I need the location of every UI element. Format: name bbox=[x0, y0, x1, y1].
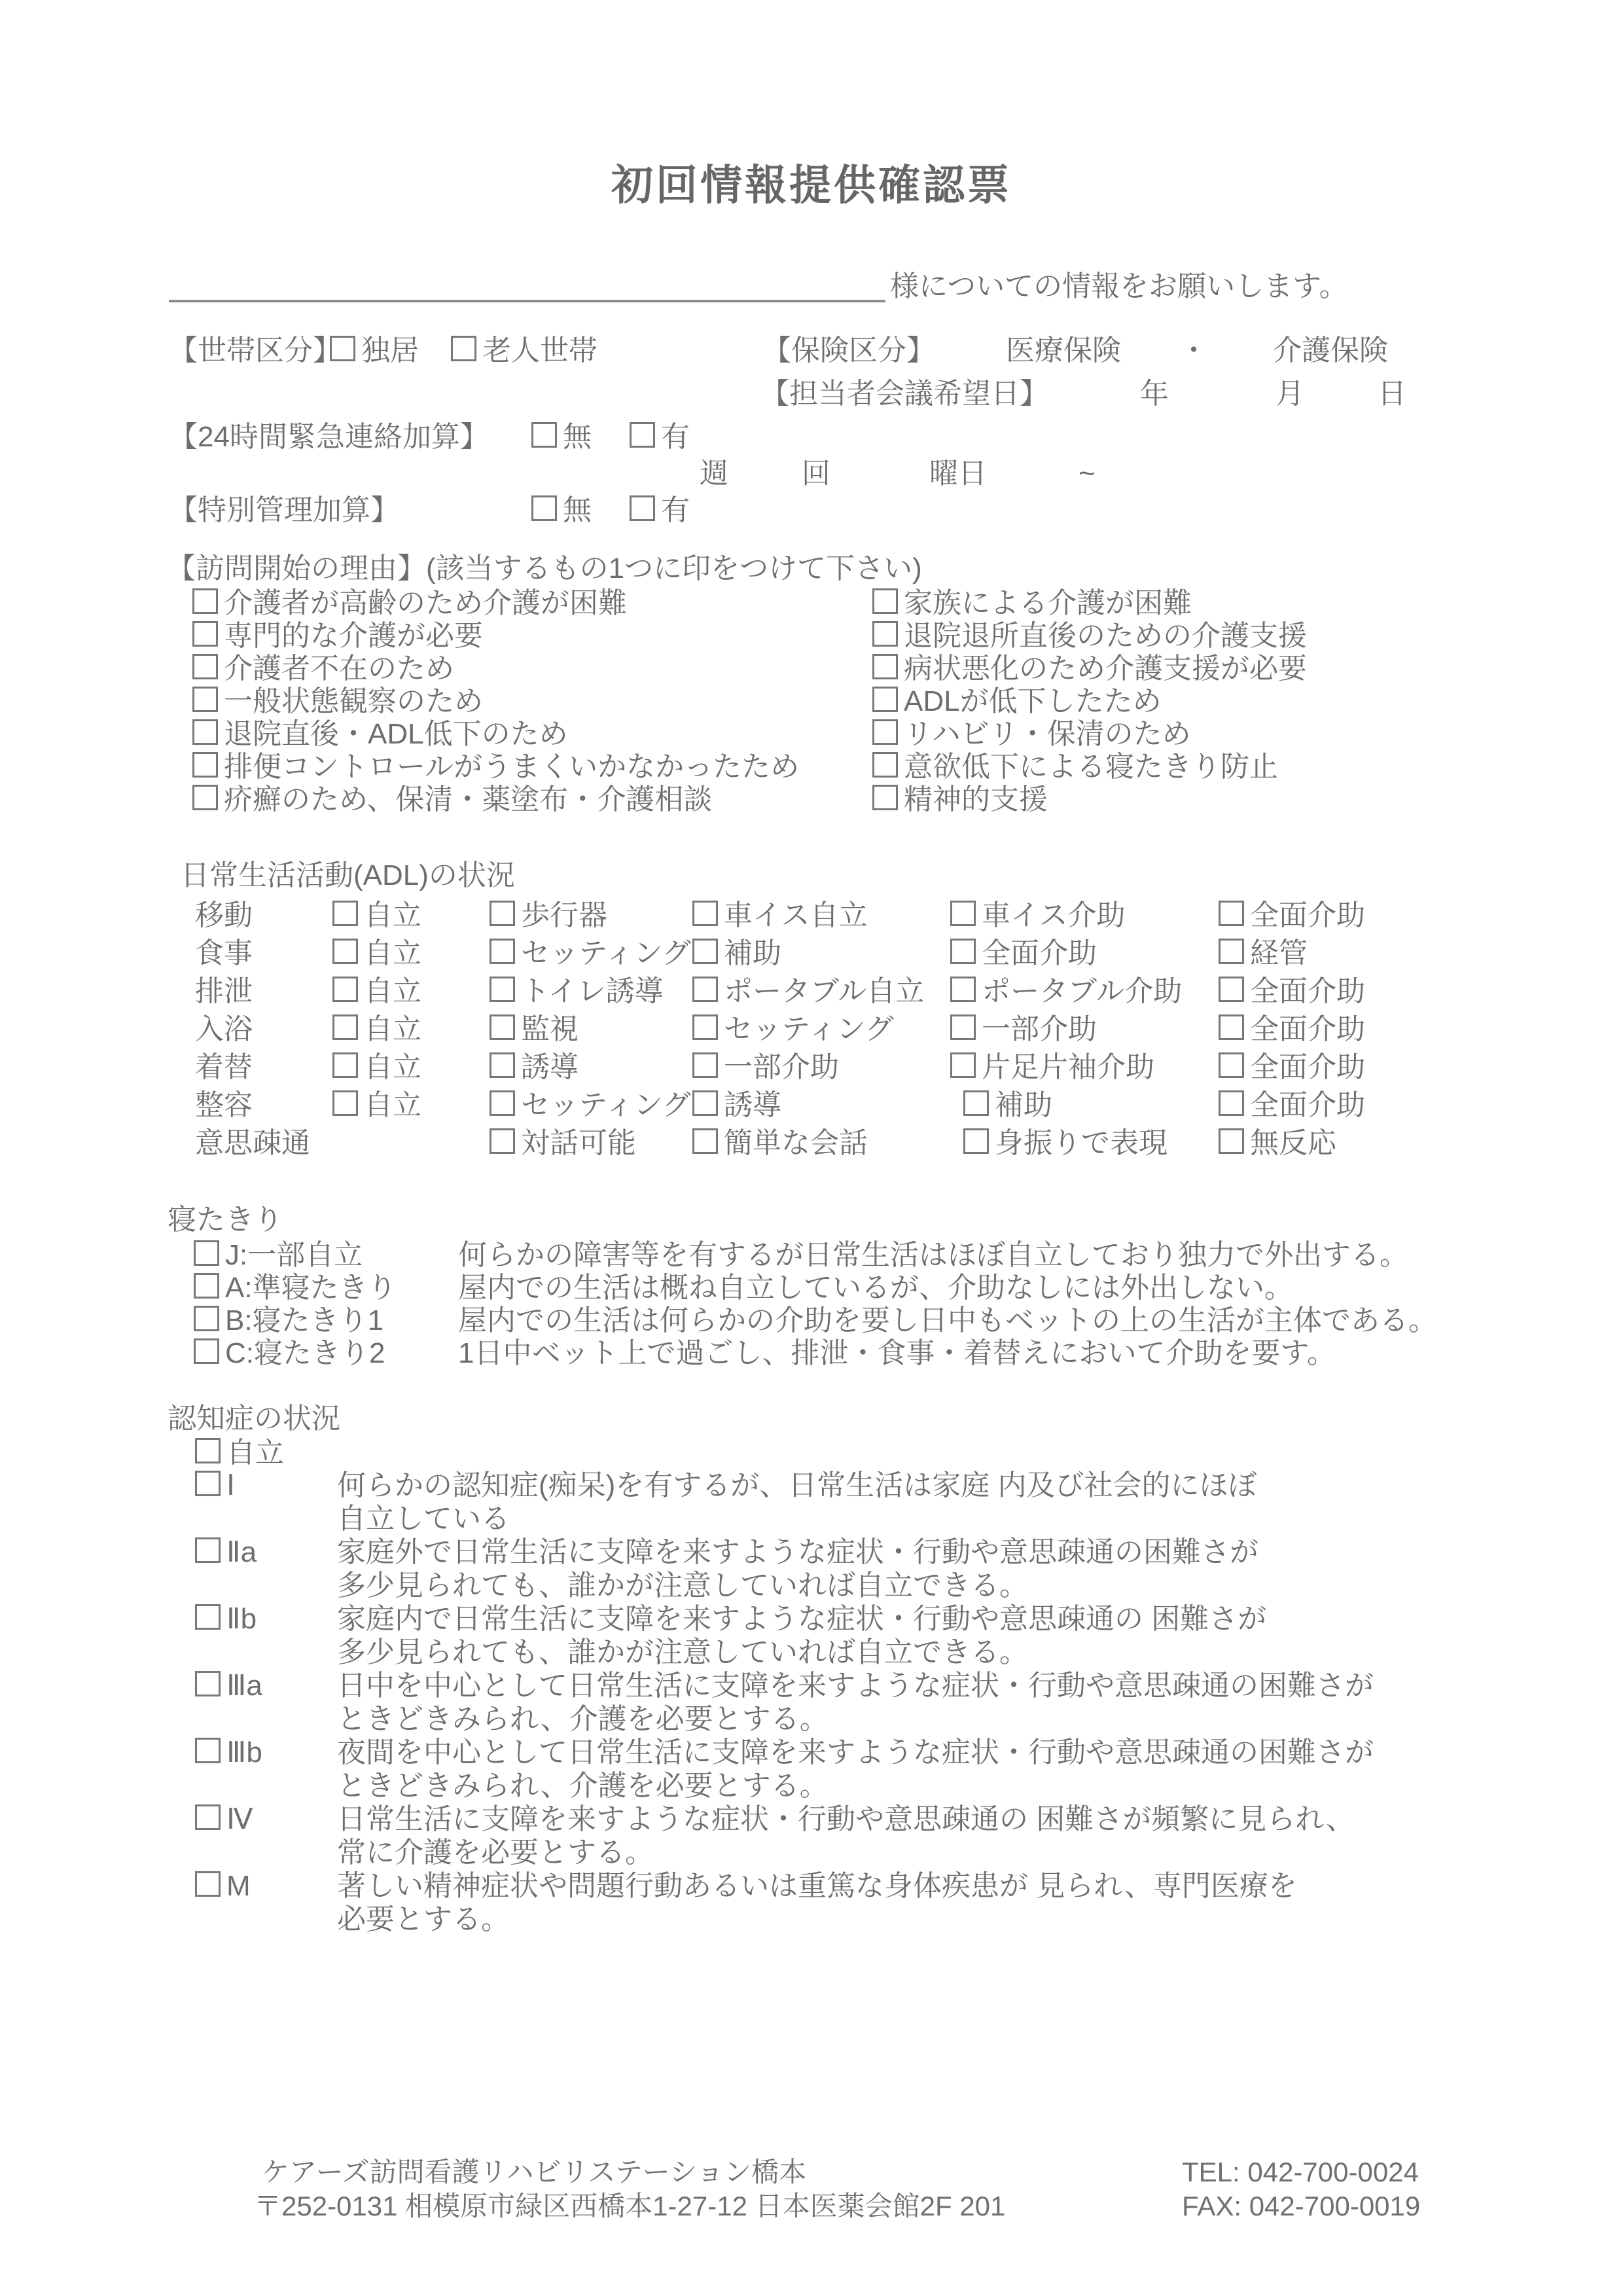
checkbox-option-roujin-setai: 老人世帯 bbox=[451, 335, 597, 367]
option-label: 老人世帯 bbox=[482, 334, 597, 367]
checkbox[interactable] bbox=[195, 1738, 221, 1763]
dementia-section-header: 認知症の状況 bbox=[168, 1403, 340, 1435]
checkbox[interactable] bbox=[692, 901, 718, 926]
option-label: 全面介助 bbox=[1250, 975, 1365, 1007]
adl-section-header: 日常生活活動(ADL)の状況 bbox=[181, 860, 515, 891]
option-label: 意欲低下による寝たきり防止 bbox=[904, 751, 1278, 783]
checkbox[interactable] bbox=[1219, 1128, 1244, 1154]
option-label: 補助 bbox=[995, 1089, 1052, 1121]
option-label: Ⅱb bbox=[226, 1603, 257, 1635]
bedridden-section-header: 寝たきり bbox=[168, 1204, 283, 1236]
freq-tilde: ~ bbox=[1079, 458, 1096, 490]
checkbox[interactable] bbox=[195, 1871, 221, 1897]
checkbox-option-special-none: 無 bbox=[531, 495, 592, 526]
adl-option: セッティング bbox=[490, 938, 691, 969]
dementia-desc-line1: 家庭内で日常生活に支障を来すような症状・行動や意思疎通の 困難さが bbox=[337, 1604, 1266, 1635]
checkbox[interactable] bbox=[692, 977, 718, 1002]
checkbox[interactable] bbox=[872, 752, 898, 778]
bedridden-desc: 屋内での生活は何らかの介助を要し日中もベットの上の生活が主体である。 bbox=[458, 1305, 1437, 1336]
option-label: 片足片袖介助 bbox=[982, 1051, 1154, 1083]
checkbox[interactable] bbox=[950, 977, 976, 1002]
option-label: 全面介助 bbox=[1250, 1089, 1365, 1121]
dementia-desc-line1: 家庭外で日常生活に支障を来すような症状・行動や意思疎通の困難さが bbox=[337, 1537, 1258, 1568]
dementia-desc-line2: 常に介護を必要とする。 bbox=[337, 1837, 654, 1869]
checkbox[interactable] bbox=[950, 901, 976, 926]
option-label: B:寝たきり1 bbox=[225, 1304, 383, 1336]
footer-tel: TEL: 042-700-0024 bbox=[1182, 2157, 1419, 2187]
dementia-option: M bbox=[195, 1871, 251, 1902]
option-label: Ⅳ bbox=[226, 1803, 253, 1835]
checkbox-option-dokkyo: 独居 bbox=[330, 335, 419, 367]
form-title: 初回情報提供確認票 bbox=[0, 162, 1623, 208]
insurance-separator-dot: ・ bbox=[1179, 335, 1208, 367]
dementia-desc-line2: 多少見られても、誰かが注意していれば自立できる。 bbox=[337, 1570, 1028, 1602]
checkbox[interactable] bbox=[332, 901, 358, 926]
dementia-desc-line2: ときどきみられ、介護を必要とする。 bbox=[337, 1770, 829, 1802]
option-label: Ⅲb bbox=[226, 1736, 262, 1768]
checkbox[interactable] bbox=[1219, 1014, 1244, 1040]
checkbox[interactable] bbox=[630, 422, 655, 448]
checkbox[interactable] bbox=[1219, 1090, 1244, 1116]
option-label: A:準寝たきり bbox=[225, 1272, 397, 1304]
checkbox[interactable] bbox=[490, 939, 515, 964]
adl-option: 誘導 bbox=[490, 1052, 579, 1083]
option-label: 疥癬のため、保清・薬塗布・介護相談 bbox=[224, 783, 712, 816]
checkbox[interactable] bbox=[194, 1338, 219, 1364]
checkbox[interactable] bbox=[950, 1052, 976, 1078]
option-label: 無 bbox=[563, 421, 592, 453]
option-label: 誘導 bbox=[521, 1051, 579, 1083]
reason-option: 一般状態観察のため bbox=[192, 686, 483, 717]
checkbox[interactable] bbox=[1219, 901, 1244, 926]
adl-row-label: 移動 bbox=[195, 900, 253, 931]
checkbox[interactable] bbox=[192, 621, 218, 647]
option-label: 一部介助 bbox=[982, 1013, 1097, 1045]
option-label: 介護者不在のため bbox=[224, 653, 454, 685]
emergency-contact-label: 【24時間緊急連絡加算】 bbox=[169, 422, 489, 453]
footer-address: 〒252-0131 相模原市緑区西橋本1-27-12 日本医薬会館2F 201 bbox=[254, 2191, 1005, 2221]
option-label: トイレ誘導 bbox=[521, 975, 664, 1007]
option-label: 介護者が高齢のため介護が困難 bbox=[224, 587, 627, 619]
checkbox[interactable] bbox=[332, 939, 358, 964]
checkbox[interactable] bbox=[195, 1671, 221, 1696]
dementia-desc-line1: 日常生活に支障を来すような症状・行動や意思疎通の 困難さが頻繁に見られ、 bbox=[337, 1804, 1355, 1835]
bedridden-desc: 屋内での生活は概ね自立しているが、介助なしには外出しない。 bbox=[458, 1272, 1293, 1304]
freq-unit-times: 回 bbox=[802, 458, 830, 490]
dementia-option: Ⅱa bbox=[195, 1537, 257, 1568]
dementia-desc-line2: ときどきみられ、介護を必要とする。 bbox=[337, 1704, 829, 1735]
checkbox[interactable] bbox=[490, 1052, 515, 1078]
adl-row-label: 意思疎通 bbox=[195, 1128, 310, 1159]
option-label: セッティング bbox=[521, 1089, 691, 1121]
bedridden-option: J:一部自立 bbox=[194, 1240, 363, 1271]
adl-option: 誘導 bbox=[692, 1090, 781, 1121]
option-label: Ⅰ bbox=[226, 1469, 235, 1501]
dementia-desc-line2: 必要とする。 bbox=[337, 1904, 510, 1935]
checkbox[interactable] bbox=[1219, 977, 1244, 1002]
checkbox[interactable] bbox=[490, 1090, 515, 1116]
checkbox[interactable] bbox=[963, 1128, 989, 1154]
bedridden-option: A:準寝たきり bbox=[194, 1272, 397, 1304]
checkbox[interactable] bbox=[490, 1014, 515, 1040]
checkbox[interactable] bbox=[692, 1128, 718, 1154]
adl-option: 全面介助 bbox=[1219, 976, 1365, 1007]
adl-option: 自立 bbox=[332, 938, 421, 969]
checkbox[interactable] bbox=[872, 719, 898, 745]
adl-row-label: 入浴 bbox=[195, 1014, 253, 1045]
name-request-text: 様についての情報をお願いします。 bbox=[890, 271, 1348, 302]
dementia-option: Ⅱb bbox=[195, 1604, 257, 1635]
option-label: 自立 bbox=[364, 937, 421, 969]
checkbox[interactable] bbox=[692, 1052, 718, 1078]
option-label: 歩行器 bbox=[521, 899, 607, 931]
reason-option: リハビリ・保清のため bbox=[872, 719, 1191, 750]
insurance-type-label: 【保険区分】 bbox=[762, 335, 935, 367]
option-label: ADLが低下したため bbox=[904, 685, 1162, 717]
option-label: 無 bbox=[563, 494, 592, 526]
option-label: 身振りで表現 bbox=[995, 1127, 1168, 1159]
adl-option: 自立 bbox=[332, 1052, 421, 1083]
option-label: Ⅲa bbox=[226, 1670, 262, 1702]
adl-option: 補助 bbox=[692, 938, 781, 969]
checkbox-option-emergency-yes: 有 bbox=[630, 422, 690, 453]
checkbox[interactable] bbox=[872, 588, 898, 614]
option-label: リハビリ・保清のため bbox=[904, 718, 1191, 750]
reason-option: 排便コントロールがうまくいかなかったため bbox=[192, 751, 799, 783]
bedridden-option: C:寝たきり2 bbox=[194, 1338, 385, 1369]
dementia-desc-line1: 著しい精神症状や問題行動あるいは重篤な身体疾患が 見られ、専門医療を bbox=[337, 1871, 1297, 1902]
adl-option: トイレ誘導 bbox=[490, 976, 664, 1007]
dementia-option: Ⅲa bbox=[195, 1670, 262, 1702]
option-label: 全面介助 bbox=[1250, 899, 1365, 931]
option-label: 有 bbox=[661, 421, 690, 453]
scanned-form-page: 初回情報提供確認票 様についての情報をお願いします。 【世帯区分】 独居 老人世… bbox=[0, 0, 1623, 2296]
date-unit-day: 日 bbox=[1378, 378, 1406, 410]
option-label: ポータブル介助 bbox=[982, 975, 1182, 1007]
household-type-label: 【世帯区分】 bbox=[169, 335, 342, 367]
visit-reason-header: 【訪問開始の理由】(該当するもの1つに印をつけて下さい) bbox=[167, 553, 922, 584]
checkbox[interactable] bbox=[332, 1014, 358, 1040]
adl-option: ポータブル自立 bbox=[692, 976, 924, 1007]
option-label: 一部介助 bbox=[724, 1051, 839, 1083]
adl-option: 全面介助 bbox=[1219, 1090, 1365, 1121]
checkbox[interactable] bbox=[692, 1090, 718, 1116]
checkbox[interactable] bbox=[692, 1014, 718, 1040]
checkbox[interactable] bbox=[332, 977, 358, 1002]
checkbox[interactable] bbox=[451, 336, 476, 361]
checkbox[interactable] bbox=[332, 1090, 358, 1116]
date-unit-month: 月 bbox=[1275, 378, 1304, 410]
adl-option: 一部介助 bbox=[692, 1052, 839, 1083]
checkbox[interactable] bbox=[195, 1438, 221, 1463]
checkbox[interactable] bbox=[1219, 1052, 1244, 1078]
option-label: 自立 bbox=[364, 1089, 421, 1121]
option-label: 自立 bbox=[364, 1051, 421, 1083]
checkbox[interactable] bbox=[330, 336, 355, 361]
adl-option: 補助 bbox=[963, 1090, 1052, 1121]
option-label: 自立 bbox=[364, 1013, 421, 1045]
adl-option: 自立 bbox=[332, 1090, 421, 1121]
checkbox[interactable] bbox=[192, 654, 218, 679]
adl-option: 全面介助 bbox=[1219, 1052, 1365, 1083]
option-label: 自立 bbox=[364, 975, 421, 1007]
option-label: 車イス介助 bbox=[982, 899, 1126, 931]
checkbox[interactable] bbox=[490, 977, 515, 1002]
option-label: M bbox=[226, 1870, 251, 1902]
date-unit-year: 年 bbox=[1140, 378, 1169, 410]
reason-option: 介護者不在のため bbox=[192, 653, 454, 685]
dementia-desc-line1: 日中を中心として日常生活に支障を来すような症状・行動や意思疎通の困難さが bbox=[337, 1670, 1374, 1702]
reason-option: 介護者が高齢のため介護が困難 bbox=[192, 588, 627, 619]
adl-row-label: 着替 bbox=[195, 1052, 253, 1083]
bedridden-desc: 何らかの障害等を有するが日常生活はほぼ自立しており独力で外出する。 bbox=[458, 1240, 1408, 1271]
adl-option: 車イス介助 bbox=[950, 900, 1126, 931]
checkbox[interactable] bbox=[195, 1537, 221, 1563]
name-blank-field[interactable] bbox=[169, 300, 885, 302]
dementia-option: 自立 bbox=[195, 1437, 284, 1469]
checkbox[interactable] bbox=[192, 687, 218, 712]
checkbox[interactable] bbox=[963, 1090, 989, 1116]
adl-option: 経管 bbox=[1219, 938, 1308, 969]
checkbox[interactable] bbox=[194, 1306, 219, 1331]
checkbox[interactable] bbox=[531, 495, 557, 521]
adl-option: 全面介助 bbox=[1219, 1014, 1365, 1045]
option-label: 専門的な介護が必要 bbox=[224, 620, 483, 652]
checkbox[interactable] bbox=[872, 654, 898, 679]
checkbox[interactable] bbox=[192, 752, 218, 778]
meeting-date-label: 【担当者会議希望日】 bbox=[760, 378, 1048, 410]
option-label: 無反応 bbox=[1250, 1127, 1336, 1159]
checkbox[interactable] bbox=[1219, 939, 1244, 964]
option-label: 簡単な会話 bbox=[724, 1127, 868, 1159]
checkbox[interactable] bbox=[950, 939, 976, 964]
checkbox[interactable] bbox=[872, 687, 898, 712]
option-label: 独居 bbox=[361, 334, 419, 367]
option-label: セッティング bbox=[521, 937, 691, 969]
checkbox[interactable] bbox=[950, 1014, 976, 1040]
adl-option: 自立 bbox=[332, 976, 421, 1007]
checkbox-option-emergency-none: 無 bbox=[531, 422, 592, 453]
option-label: 自立 bbox=[364, 899, 421, 931]
option-label: Ⅱa bbox=[226, 1536, 257, 1568]
adl-row-label: 整容 bbox=[195, 1090, 253, 1121]
dementia-desc-line2: 自立している bbox=[337, 1503, 510, 1535]
adl-option: 身振りで表現 bbox=[963, 1128, 1168, 1159]
freq-unit-weekday: 曜日 bbox=[929, 458, 987, 490]
option-label: 経管 bbox=[1250, 937, 1308, 969]
adl-option: セッティング bbox=[692, 1014, 894, 1045]
option-label: 対話可能 bbox=[521, 1127, 636, 1159]
checkbox[interactable] bbox=[194, 1240, 219, 1266]
footer-company: ケアーズ訪問看護リハビリステーション橋本 bbox=[262, 2157, 806, 2187]
option-label: C:寝たきり2 bbox=[225, 1337, 385, 1369]
option-label: セッティング bbox=[724, 1013, 894, 1045]
checkbox[interactable] bbox=[192, 588, 218, 614]
reason-option: 病状悪化のため介護支援が必要 bbox=[872, 653, 1307, 685]
dementia-option: Ⅳ bbox=[195, 1804, 253, 1835]
adl-option: 片足片袖介助 bbox=[950, 1052, 1154, 1083]
checkbox[interactable] bbox=[332, 1052, 358, 1078]
adl-option: 監視 bbox=[490, 1014, 579, 1045]
option-label: 監視 bbox=[521, 1013, 579, 1045]
option-label: 自立 bbox=[226, 1437, 284, 1469]
checkbox[interactable] bbox=[872, 785, 898, 810]
bedridden-desc: 1日中ベット上で過ごし、排泄・食事・着替えにおいて介助を要す。 bbox=[458, 1338, 1336, 1369]
option-label: 車イス自立 bbox=[724, 899, 868, 931]
option-label: 退院退所直後のための介護支援 bbox=[904, 620, 1307, 652]
dementia-desc-line2: 多少見られても、誰かが注意していれば自立できる。 bbox=[337, 1637, 1028, 1668]
option-label: 一般状態観察のため bbox=[224, 685, 483, 717]
reason-option: 疥癬のため、保清・薬塗布・介護相談 bbox=[192, 784, 712, 816]
option-label: 排便コントロールがうまくいかなかったため bbox=[224, 751, 799, 783]
reason-option: ADLが低下したため bbox=[872, 686, 1162, 717]
reason-option: 退院直後・ADL低下のため bbox=[192, 719, 568, 750]
reason-option: 精神的支援 bbox=[872, 784, 1048, 816]
adl-option: 対話可能 bbox=[490, 1128, 636, 1159]
freq-unit-week: 週 bbox=[700, 458, 728, 490]
footer-fax: FAX: 042-700-0019 bbox=[1182, 2191, 1420, 2221]
dementia-desc-line1: 夜間を中心として日常生活に支障を来すような症状・行動や意思疎通の困難さが bbox=[337, 1737, 1374, 1768]
special-management-label: 【特別管理加算】 bbox=[169, 495, 399, 526]
option-label: 全面介助 bbox=[1250, 1013, 1365, 1045]
checkbox[interactable] bbox=[195, 1604, 221, 1630]
adl-option: セッティング bbox=[490, 1090, 691, 1121]
adl-option: 自立 bbox=[332, 900, 421, 931]
reason-option: 家族による介護が困難 bbox=[872, 588, 1192, 619]
adl-option: 車イス自立 bbox=[692, 900, 868, 931]
dementia-option: Ⅰ bbox=[195, 1470, 235, 1501]
checkbox[interactable] bbox=[490, 901, 515, 926]
option-label: J:一部自立 bbox=[225, 1239, 363, 1271]
checkbox[interactable] bbox=[490, 1128, 515, 1154]
checkbox[interactable] bbox=[192, 785, 218, 810]
insurance-care-option: 介護保険 bbox=[1273, 335, 1388, 367]
option-label: 病状悪化のため介護支援が必要 bbox=[904, 653, 1307, 685]
option-label: 精神的支援 bbox=[904, 783, 1048, 816]
checkbox[interactable] bbox=[630, 495, 655, 521]
reason-option: 意欲低下による寝たきり防止 bbox=[872, 751, 1278, 783]
checkbox[interactable] bbox=[195, 1471, 221, 1496]
bedridden-option: B:寝たきり1 bbox=[194, 1305, 383, 1336]
adl-option: 一部介助 bbox=[950, 1014, 1097, 1045]
option-label: 誘導 bbox=[724, 1089, 781, 1121]
option-label: 全面介助 bbox=[982, 937, 1097, 969]
checkbox[interactable] bbox=[194, 1273, 219, 1299]
adl-option: 無反応 bbox=[1219, 1128, 1336, 1159]
option-label: 退院直後・ADL低下のため bbox=[224, 718, 568, 750]
adl-option: 自立 bbox=[332, 1014, 421, 1045]
option-label: ポータブル自立 bbox=[724, 975, 924, 1007]
adl-option: 全面介助 bbox=[950, 938, 1097, 969]
reason-option: 専門的な介護が必要 bbox=[192, 620, 483, 652]
dementia-desc-line1: 何らかの認知症(痴呆)を有するが、日常生活は家庭 内及び社会的にほぼ bbox=[337, 1470, 1257, 1501]
adl-option: 簡単な会話 bbox=[692, 1128, 868, 1159]
dementia-option: Ⅲb bbox=[195, 1737, 262, 1768]
reason-option: 退院退所直後のための介護支援 bbox=[872, 620, 1307, 652]
checkbox[interactable] bbox=[195, 1804, 221, 1830]
adl-row-label: 排泄 bbox=[195, 976, 253, 1007]
option-label: 家族による介護が困難 bbox=[904, 587, 1192, 619]
option-label: 有 bbox=[661, 494, 690, 526]
insurance-medical-option: 医療保険 bbox=[1006, 335, 1121, 367]
adl-row-label: 食事 bbox=[195, 938, 253, 969]
checkbox-option-special-yes: 有 bbox=[630, 495, 690, 526]
adl-option: ポータブル介助 bbox=[950, 976, 1182, 1007]
option-label: 全面介助 bbox=[1250, 1051, 1365, 1083]
option-label: 補助 bbox=[724, 937, 781, 969]
adl-option: 全面介助 bbox=[1219, 900, 1365, 931]
checkbox[interactable] bbox=[872, 621, 898, 647]
checkbox[interactable] bbox=[192, 719, 218, 745]
checkbox[interactable] bbox=[531, 422, 557, 448]
checkbox[interactable] bbox=[692, 939, 718, 964]
adl-option: 歩行器 bbox=[490, 900, 607, 931]
